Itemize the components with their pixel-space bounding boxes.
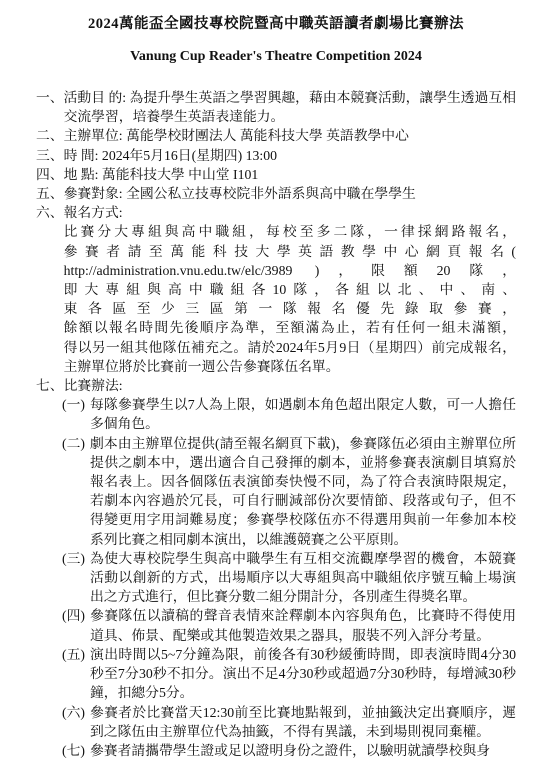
rule-item-4: (四) 參賽隊伍以讀稿的聲音表情來詮釋劇本內容與角色，比賽時不得使用道具、佈景、… — [62, 606, 516, 644]
section-heading: 報名方式: — [64, 203, 516, 222]
rule-text: 劇本由主辦單位提供(請至報名網頁下載)，參賽隊伍必須由主辦單位所提供之劇本中，選… — [90, 434, 516, 549]
section-location: 四、 地 點: 萬能科技大學 中山堂 I101 — [36, 165, 516, 184]
rule-number: (四) — [62, 606, 90, 644]
rule-item-1: (一) 每隊參賽學生以7人為上限，如遇劇本角色超出限定人數，可一人擔任多個角色。 — [62, 395, 516, 433]
section-number: 五、 — [36, 184, 64, 203]
rule-number: (二) — [62, 434, 90, 549]
section-number: 三、 — [36, 146, 64, 165]
rule-text: 參賽隊伍以讀稿的聲音表情來詮釋劇本內容與角色，比賽時不得使用道具、佈景、配樂或其… — [90, 606, 516, 644]
section-text: 參賽對象: 全國公私立技專校院非外語系與高中職在學學生 — [64, 184, 516, 203]
rule-number: (三) — [62, 549, 90, 607]
rule-text: 演出時間以5~7分鐘為限，前後各有30秒緩衝時間，即表演時間4分30秒至7分30… — [90, 645, 516, 703]
rule-item-5: (五) 演出時間以5~7分鐘為限，前後各有30秒緩衝時間，即表演時間4分30秒至… — [62, 645, 516, 703]
section-text: 時 間: 2024年5月16日(星期四) 13:00 — [64, 146, 516, 165]
page-title: 2024萬能盃全國技專校院暨高中職英語讀者劇場比賽辦法 — [36, 14, 516, 34]
section-organizer: 二、 主辦單位: 萬能學校財團法人 萬能科技大學 英語教學中心 — [36, 126, 516, 145]
rule-item-2: (二) 劇本由主辦單位提供(請至報名網頁下載)，參賽隊伍必須由主辦單位所提供之劇… — [62, 434, 516, 549]
section-heading: 比賽辦法: — [64, 376, 516, 395]
page-subtitle-english: Vanung Cup Reader's Theatre Competition … — [36, 47, 516, 67]
section-eligibility: 五、 參賽對象: 全國公私立技專校院非外語系與高中職在學學生 — [36, 184, 516, 203]
rule-text: 每隊參賽學生以7人為上限，如遇劇本角色超出限定人數，可一人擔任多個角色。 — [90, 395, 516, 433]
rule-number: (五) — [62, 645, 90, 703]
section-registration: 六、 報名方式: 比賽分大專組與高中職組，每校至多二隊，一律採網路報名，參賽者請… — [36, 203, 516, 376]
document-page: 2024萬能盃全國技專校院暨高中職英語讀者劇場比賽辦法 Vanung Cup R… — [0, 0, 550, 775]
rule-text: 參賽者請攜帶學生證或足以證明身份之證件，以驗明就讀學校與身 — [90, 741, 516, 760]
rule-item-3: (三) 為使大專校院學生與高中職學生有互相交流觀摩學習的機會，本競賽活動以創新的… — [62, 549, 516, 607]
section-number: 六、 — [36, 203, 64, 376]
rule-number: (七) — [62, 741, 90, 760]
section-number: 二、 — [36, 126, 64, 145]
rule-number: (六) — [62, 703, 90, 741]
rule-number: (一) — [62, 395, 90, 433]
rule-item-7: (七) 參賽者請攜帶學生證或足以證明身份之證件，以驗明就讀學校與身 — [62, 741, 516, 760]
document-body: 一、 活動目 的: 為提升學生英語之學習興趣，藉由本競賽活動，讓學生透過互相交流… — [36, 88, 516, 760]
section-text: 主辦單位: 萬能學校財團法人 萬能科技大學 英語教學中心 — [64, 126, 516, 145]
rule-text: 為使大專校院學生與高中職學生有互相交流觀摩學習的機會，本競賽活動以創新的方式，出… — [90, 549, 516, 607]
section-number: 七、 — [36, 376, 64, 395]
rules-list: (一) 每隊參賽學生以7人為上限，如遇劇本角色超出限定人數，可一人擔任多個角色。… — [62, 395, 516, 760]
section-text: 活動目 的: 為提升學生英語之學習興趣，藉由本競賽活動，讓學生透過互相交流學習，… — [64, 88, 516, 126]
rule-text: 參賽者於比賽當天12:30前至比賽地點報到，並抽籤決定出賽順序，遲到之隊伍由主辦… — [90, 703, 516, 741]
section-activity-purpose: 一、 活動目 的: 為提升學生英語之學習興趣，藉由本競賽活動，讓學生透過互相交流… — [36, 88, 516, 126]
registration-paragraph: 比賽分大專組與高中職組，每校至多二隊，一律採網路報名，參賽者請至萬能科技大學英語… — [64, 222, 516, 376]
rule-item-6: (六) 參賽者於比賽當天12:30前至比賽地點報到，並抽籤決定出賽順序，遲到之隊… — [62, 703, 516, 741]
section-competition-rules: 七、 比賽辦法: — [36, 376, 516, 395]
section-number: 四、 — [36, 165, 64, 184]
section-time: 三、 時 間: 2024年5月16日(星期四) 13:00 — [36, 146, 516, 165]
section-number: 一、 — [36, 88, 64, 126]
section-registration-body: 報名方式: 比賽分大專組與高中職組，每校至多二隊，一律採網路報名，參賽者請至萬能… — [64, 203, 516, 376]
section-text: 地 點: 萬能科技大學 中山堂 I101 — [64, 165, 516, 184]
